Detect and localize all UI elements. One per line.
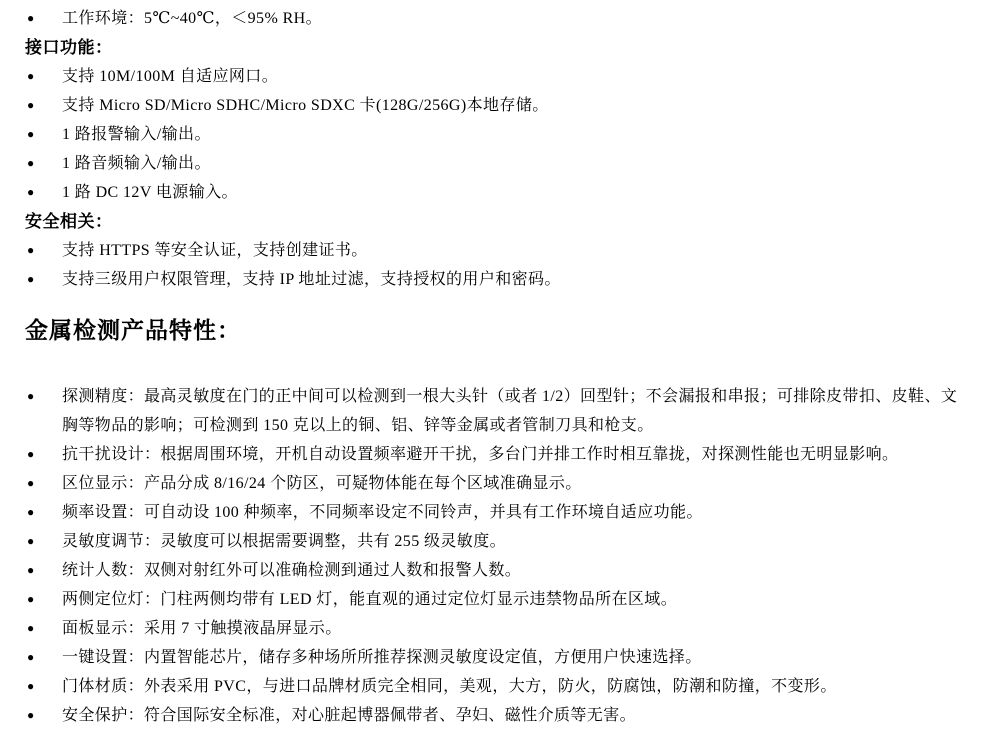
list-item-text: 安全保护：符合国际安全标准，对心脏起博器佩带者、孕妇、磁性介质等无害。 [62,701,972,730]
bullet-icon: ● [25,527,62,556]
bullet-icon: ● [25,556,62,585]
list-item-text: 支持三级用户权限管理，支持 IP 地址过滤，支持授权的用户和密码。 [62,265,972,294]
bullet-list: ●支持 10M/100M 自适应网口。●支持 Micro SD/Micro SD… [25,62,972,207]
bullet-icon: ● [25,62,62,91]
bullet-list: ●支持 HTTPS 等安全认证，支持创建证书。●支持三级用户权限管理，支持 IP… [25,236,972,294]
list-item-text: 1 路报警输入/输出。 [62,120,972,149]
list-item-text: 区位显示：产品分成 8/16/24 个防区，可疑物体能在每个区域准确显示。 [62,469,972,498]
list-item: ●支持 HTTPS 等安全认证，支持创建证书。 [25,236,972,265]
bullet-icon: ● [25,120,62,149]
list-item: ●区位显示：产品分成 8/16/24 个防区，可疑物体能在每个区域准确显示。 [25,469,972,498]
list-item: ●支持三级用户权限管理，支持 IP 地址过滤，支持授权的用户和密码。 [25,265,972,294]
list-item: ●探测精度：最高灵敏度在门的正中间可以检测到一根大头针（或者 1/2）回型针；不… [25,382,972,440]
list-item-text: 工作环境：5℃~40℃，＜95% RH。 [62,4,972,33]
list-item-text: 支持 Micro SD/Micro SDHC/Micro SDXC 卡(128G… [62,91,972,120]
list-item: ●一键设置：内置智能芯片，储存多种场所所推荐探测灵敏度设定值，方便用户快速选择。 [25,643,972,672]
bullet-icon: ● [25,382,62,411]
list-item: ●1 路报警输入/输出。 [25,120,972,149]
list-item-text: 抗干扰设计：根据周围环境，开机自动设置频率避开干扰，多台门并排工作时相互靠拢，对… [62,440,972,469]
list-item: ●1 路音频输入/输出。 [25,149,972,178]
list-item-text: 面板显示：采用 7 寸触摸液晶屏显示。 [62,614,972,643]
list-item: ●两侧定位灯：门柱两侧均带有 LED 灯，能直观的通过定位灯显示违禁物品所在区域… [25,585,972,614]
document: ●工作环境：5℃~40℃，＜95% RH。接口功能：●支持 10M/100M 自… [0,0,1000,730]
list-item: ●面板显示：采用 7 寸触摸液晶屏显示。 [25,614,972,643]
bullet-icon: ● [25,4,62,33]
bullet-icon: ● [25,498,62,527]
list-item: ●抗干扰设计：根据周围环境，开机自动设置频率避开干扰，多台门并排工作时相互靠拢，… [25,440,972,469]
bullet-icon: ● [25,265,62,294]
list-item: ●1 路 DC 12V 电源输入。 [25,178,972,207]
list-item-text: 支持 10M/100M 自适应网口。 [62,62,972,91]
list-item: ●统计人数：双侧对射红外可以准确检测到通过人数和报警人数。 [25,556,972,585]
bullet-icon: ● [25,469,62,498]
bullet-list: ●探测精度：最高灵敏度在门的正中间可以检测到一根大头针（或者 1/2）回型针；不… [25,382,972,730]
section-heading: 安全相关： [25,207,972,236]
bullet-icon: ● [25,701,62,730]
bullet-icon: ● [25,149,62,178]
bullet-icon: ● [25,440,62,469]
list-item: ●支持 Micro SD/Micro SDHC/Micro SDXC 卡(128… [25,91,972,120]
list-item-text: 支持 HTTPS 等安全认证，支持创建证书。 [62,236,972,265]
list-item-text: 门体材质：外表采用 PVC，与进口品牌材质完全相同，美观，大方，防火，防腐蚀，防… [62,672,972,701]
list-item: ●频率设置：可自动设 100 种频率，不同频率设定不同铃声，并具有工作环境自适应… [25,498,972,527]
section-heading: 接口功能： [25,33,972,62]
list-item-text: 两侧定位灯：门柱两侧均带有 LED 灯，能直观的通过定位灯显示违禁物品所在区域。 [62,585,972,614]
page-title: 金属检测产品特性： [25,316,972,346]
bullet-icon: ● [25,614,62,643]
list-item: ●工作环境：5℃~40℃，＜95% RH。 [25,4,972,33]
list-item-text: 一键设置：内置智能芯片，储存多种场所所推荐探测灵敏度设定值，方便用户快速选择。 [62,643,972,672]
bullet-icon: ● [25,672,62,701]
bullet-icon: ● [25,643,62,672]
bullet-icon: ● [25,585,62,614]
list-item: ●灵敏度调节：灵敏度可以根据需要调整，共有 255 级灵敏度。 [25,527,972,556]
list-item-text: 灵敏度调节：灵敏度可以根据需要调整，共有 255 级灵敏度。 [62,527,972,556]
list-item-text: 频率设置：可自动设 100 种频率，不同频率设定不同铃声，并具有工作环境自适应功… [62,498,972,527]
list-item-text: 1 路音频输入/输出。 [62,149,972,178]
list-item-text: 1 路 DC 12V 电源输入。 [62,178,972,207]
bullet-list: ●工作环境：5℃~40℃，＜95% RH。 [25,4,972,33]
list-item: ●门体材质：外表采用 PVC，与进口品牌材质完全相同，美观，大方，防火，防腐蚀，… [25,672,972,701]
bullet-icon: ● [25,236,62,265]
list-item: ●安全保护：符合国际安全标准，对心脏起博器佩带者、孕妇、磁性介质等无害。 [25,701,972,730]
bullet-icon: ● [25,91,62,120]
list-item: ●支持 10M/100M 自适应网口。 [25,62,972,91]
list-item-text: 统计人数：双侧对射红外可以准确检测到通过人数和报警人数。 [62,556,972,585]
list-item-text: 探测精度：最高灵敏度在门的正中间可以检测到一根大头针（或者 1/2）回型针；不会… [62,382,972,440]
bullet-icon: ● [25,178,62,207]
